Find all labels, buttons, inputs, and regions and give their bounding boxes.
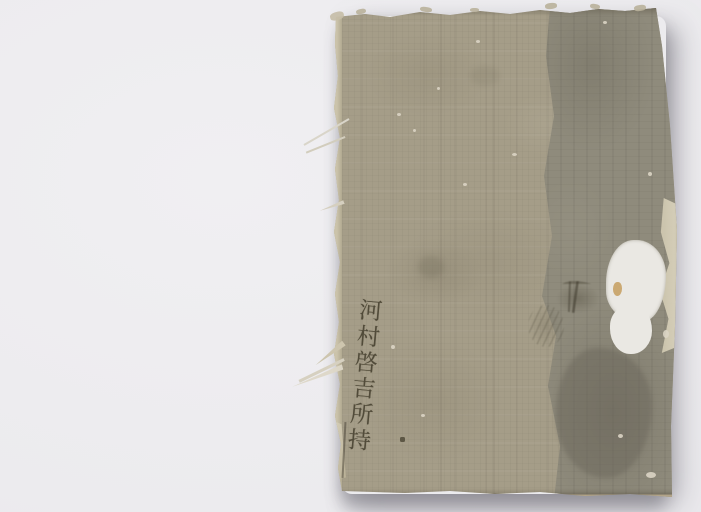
- book-cover: 河村啓吉所持: [330, 6, 678, 500]
- white-fleck: [512, 153, 517, 156]
- fray-tuft: [590, 3, 601, 10]
- white-fleck: [648, 172, 652, 176]
- fray-tuft: [356, 8, 367, 15]
- white-fleck: [463, 183, 467, 186]
- photo-backdrop: 河村啓吉所持: [0, 0, 701, 512]
- soft-stain: [470, 66, 500, 86]
- white-fleck: [421, 414, 425, 417]
- white-paint-chip: [646, 472, 656, 478]
- white-fleck: [603, 21, 607, 24]
- white-fleck: [476, 40, 480, 43]
- soft-stain: [418, 256, 444, 278]
- white-paint-chip: [663, 330, 669, 338]
- dark-stain-mark: [554, 281, 602, 313]
- bottom-worn-seam: [330, 488, 678, 500]
- fray-tuft: [470, 8, 479, 12]
- fray-tuft: [545, 2, 558, 9]
- worn-white-patch-lobe: [610, 304, 652, 354]
- white-fleck: [413, 129, 416, 132]
- top-frayed-seam: [330, 6, 678, 16]
- fray-tuft: [420, 6, 433, 13]
- ink-speck: [400, 437, 405, 442]
- scratch-smudge: [528, 305, 564, 347]
- frayed-paper-wedge: [290, 364, 346, 393]
- fore-edge-line: [674, 6, 678, 500]
- white-fleck: [391, 345, 395, 349]
- white-fleck: [437, 87, 440, 90]
- white-fleck: [397, 113, 401, 116]
- cloth-fold-line: [440, 6, 442, 500]
- white-fleck: [618, 434, 623, 438]
